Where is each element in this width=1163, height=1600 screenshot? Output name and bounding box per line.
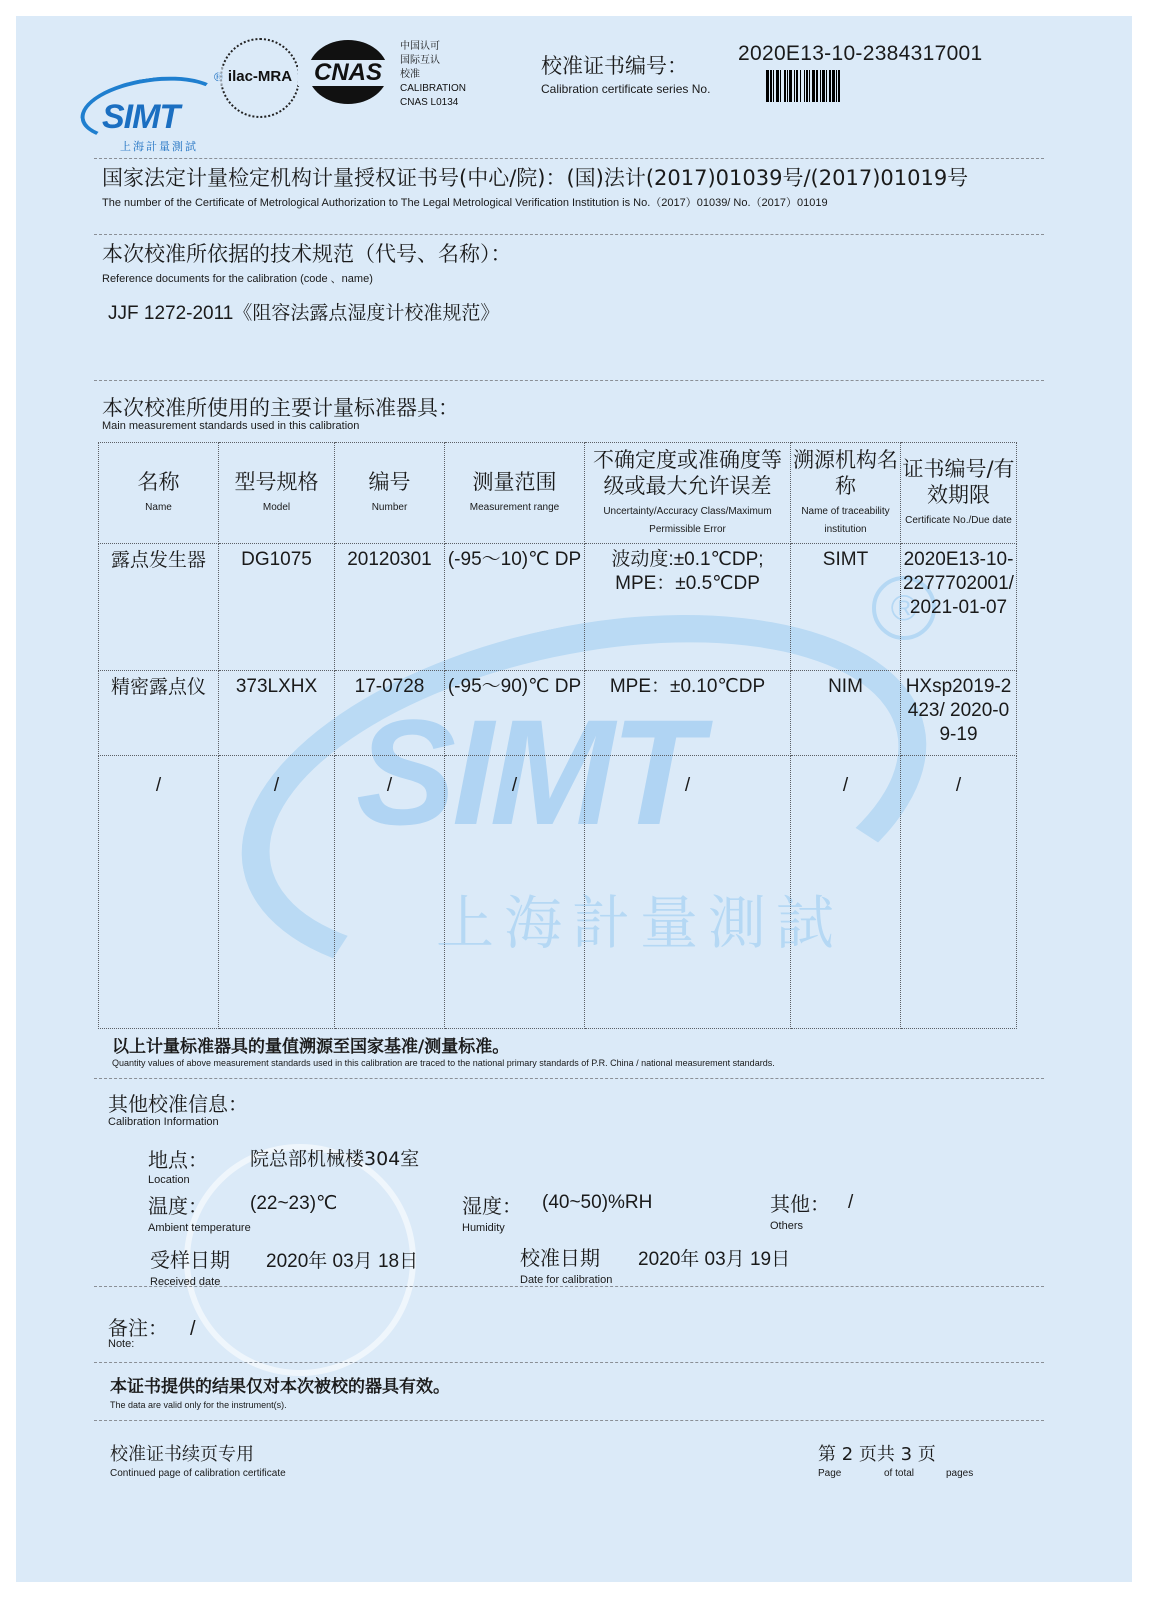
continued-page-label: 校准证书续页专用 [110,1440,254,1466]
calibration-info-title-en: Calibration Information [108,1116,219,1128]
continued-page-label-en: Continued page of calibration certificat… [110,1468,286,1479]
standards-title-en: Main measurement standards used in this … [102,420,359,432]
cnas-caption-line: 国际互认 [400,54,466,68]
divider [94,1078,1044,1079]
divider [94,1286,1044,1287]
location-label-en: Location [148,1174,190,1186]
cell-uncertainty: MPE：±0.10℃DP [585,671,791,756]
pages-word: pages [946,1468,973,1479]
cnas-caption-line: 校准 [400,68,466,82]
column-header-certificate: 证书编号/有效期限Certificate No./Due date [901,443,1017,544]
calibration-info-title: 其他校准信息： [108,1088,248,1117]
humidity-label-en: Humidity [462,1222,505,1234]
others-label: 其他： [770,1188,830,1217]
others-label-en: Others [770,1220,803,1232]
column-header-uncertainty: 不确定度或准确度等级或最大允许误差Uncertainty/Accuracy Cl… [585,443,791,544]
traceability-statement-en: Quantity values of above measurement sta… [112,1058,775,1068]
note-label: 备注： [108,1312,168,1341]
others-value: / [848,1192,853,1214]
temperature-label-en: Ambient temperature [148,1222,251,1234]
note-label-en: Note: [108,1338,134,1350]
cell-name: 露点发生器 [99,544,219,671]
of-total-word: of total [884,1468,914,1479]
cell-traceability: NIM [791,671,901,756]
divider [94,1420,1044,1421]
simt-logo: SIMT 上海計量測試 ® [76,68,226,148]
cell-range: (-95～10)℃ DP [445,544,585,671]
note-value: / [190,1318,196,1341]
column-header-range: 测量范围Measurement range [445,443,585,544]
cert-series-number: 2020E13-10-2384317001 [738,42,983,66]
table-row: 精密露点仪 373LXHX 17-0728 (-95～90)℃ DP MPE：±… [99,671,1017,756]
authorization-cn: 国家法定计量检定机构计量授权证书号(中心/院)：(国)法计(2017)01039… [102,162,968,192]
received-date-value: 2020年 03月 18日 [266,1246,418,1273]
reference-title: 本次校准所依据的技术规范（代号、名称）： [102,238,512,268]
table-row: 露点发生器 DG1075 20120301 (-95～10)℃ DP 波动度:±… [99,544,1017,671]
received-date-label: 受样日期 [150,1244,230,1273]
humidity-label: 湿度： [462,1190,522,1219]
ilac-mra-text: ilac-MRA [218,68,302,85]
calibration-date-value: 2020年 03月 19日 [638,1244,790,1271]
cnas-logo-text: CNAS [298,60,398,86]
column-header-traceability: 溯源机构名称Name of traceability institution [791,443,901,544]
page-indicator: 第 2 页共 3 页 [818,1440,936,1466]
divider [94,380,1044,381]
barcode-bar [840,70,843,102]
reference-title-en: Reference documents for the calibration … [102,270,373,286]
location-value: 院总部机械楼304室 [250,1144,419,1171]
cell-range: / [445,756,585,1029]
cell-uncertainty: 波动度:±0.1℃DP; MPE：±0.5℃DP [585,544,791,671]
cnas-caption-line: CALIBRATION [400,82,466,96]
cell-name: 精密露点仪 [99,671,219,756]
cell-model: DG1075 [219,544,335,671]
traceability-statement: 以上计量标准器具的量值溯源至国家基准/测量标准。 [112,1032,509,1057]
validity-statement: 本证书提供的结果仅对本次被校的器具有效。 [110,1372,450,1397]
simt-logo-text: SIMT [102,98,179,137]
cnas-caption: 中国认可 国际互认 校准 CALIBRATION CNAS L0134 [400,40,466,110]
calibration-date-label: 校准日期 [520,1242,600,1271]
divider [94,234,1044,235]
column-header-model: 型号规格Model [219,443,335,544]
reference-document: JJF 1272-2011《阻容法露点湿度计校准规范》 [108,298,499,325]
cell-certificate: 2020E13-10-2277702001/ 2021-01-07 [901,544,1017,671]
cell-name: / [99,756,219,1029]
cert-series-label: 校准证书编号： [541,50,688,80]
location-label: 地点： [148,1144,208,1173]
barcode [766,70,966,102]
cell-range: (-95～90)℃ DP [445,671,585,756]
certificate-page: SIMT 上海計量測試 ® SIMT 上海計量測試 ® ilac-MRA CNA… [16,16,1132,1582]
cnas-caption-line: CNAS L0134 [400,96,466,110]
standards-title: 本次校准所使用的主要计量标准器具： [102,392,459,422]
cnas-logo: CNAS [308,40,388,104]
temperature-label: 温度： [148,1190,208,1219]
cell-certificate: HXsp2019-2423/ 2020-09-19 [901,671,1017,756]
cell-traceability: / [791,756,901,1029]
ilac-mra-logo: ilac-MRA [220,38,300,118]
divider [94,158,1044,159]
cell-traceability: SIMT [791,544,901,671]
temperature-value: (22~23)℃ [250,1192,337,1215]
divider [94,1362,1044,1363]
simt-logo-subtitle: 上海計量測試 [120,138,198,154]
validity-statement-en: The data are valid only for the instrume… [110,1400,287,1410]
cell-number: / [335,756,445,1029]
cell-model: 373LXHX [219,671,335,756]
cell-certificate: / [901,756,1017,1029]
table-header-row: 名称Name 型号规格Model 编号Number 测量范围Measuremen… [99,443,1017,544]
cell-number: 17-0728 [335,671,445,756]
page-word: Page [818,1468,841,1479]
cert-series-label-en: Calibration certificate series No. [541,82,710,96]
column-header-name: 名称Name [99,443,219,544]
standards-table: 名称Name 型号规格Model 编号Number 测量范围Measuremen… [98,442,1017,1029]
cell-uncertainty: / [585,756,791,1029]
cnas-caption-line: 中国认可 [400,40,466,54]
authorization-en: The number of the Certificate of Metrolo… [102,194,828,210]
table-row: / / / / / / / [99,756,1017,1029]
column-header-number: 编号Number [335,443,445,544]
calibration-date-label-en: Date for calibration [520,1274,612,1286]
cell-number: 20120301 [335,544,445,671]
humidity-value: (40~50)%RH [542,1192,652,1214]
cell-model: / [219,756,335,1029]
